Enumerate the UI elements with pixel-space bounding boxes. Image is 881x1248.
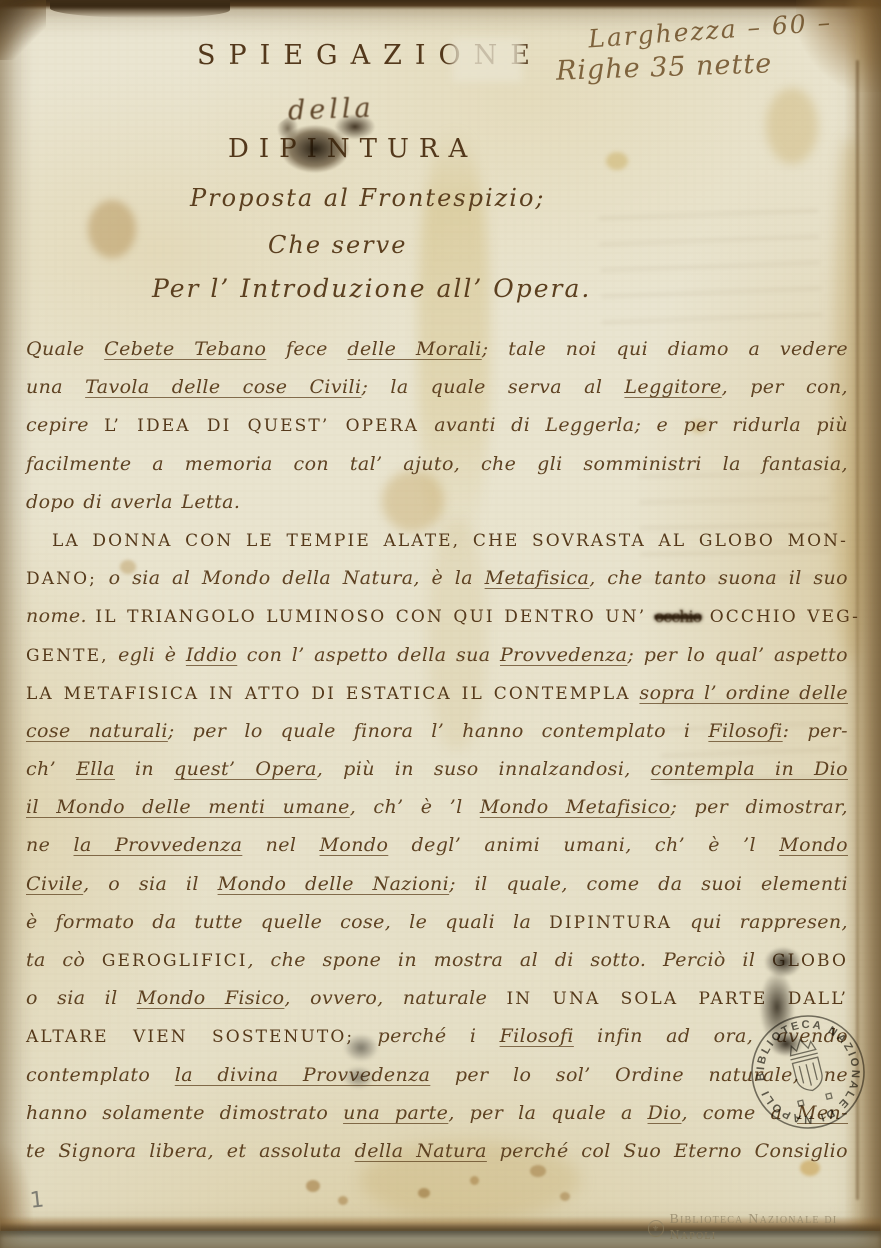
manuscript-line: LA DONNA CON LE TEMPIE ALATE, CHE SOVRAS… [26, 521, 848, 559]
text-segment: OCCHIO VEG- [710, 607, 860, 627]
text-segment: , che spone in mostra al di sotto. Perci… [248, 949, 772, 971]
manuscript-line: una Tavola delle cose Civili; la quale s… [26, 368, 848, 406]
foxing-speck [606, 152, 628, 170]
underlined-phrase: Iddio [186, 644, 237, 666]
text-segment: GLOBO [772, 951, 848, 971]
text-segment [701, 605, 709, 627]
manuscript-line: contemplato la divina Provvedenza per lo… [26, 1056, 848, 1094]
title-della: della [287, 92, 375, 126]
stain-top-right [766, 88, 818, 164]
text-segment: è formato da tutte quelle cose, le quali… [26, 911, 549, 933]
underlined-phrase: delle Morali [347, 338, 481, 360]
manuscript-line: cepire L’ IDEA DI QUEST’ OPERA avanti di… [26, 406, 848, 444]
manuscript-line: GENTE, egli è Iddio con l’ aspetto della… [26, 636, 848, 674]
text-segment: cepire [26, 414, 104, 436]
text-segment: contemplato [26, 1064, 175, 1086]
text-segment: IN UNA SOLA PARTE DALL’ [506, 989, 848, 1009]
text-segment: ; per lo quale finora l’ hanno contempla… [168, 720, 709, 742]
manuscript-line: cose naturali; per lo quale finora l’ ha… [26, 712, 848, 750]
underlined-phrase: Civile [26, 873, 83, 895]
underlined-phrase: Mondo delle Nazioni [218, 873, 450, 895]
text-segment: in [115, 758, 174, 780]
digitization-watermark: ⚜ Biblioteca Nazionale di Napoli [648, 1212, 881, 1244]
text-segment: nel [242, 834, 319, 856]
text-segment: , che tanto suona il suo [589, 567, 848, 589]
manuscript-line: o sia il Mondo Fisico, ovvero, naturale … [26, 979, 848, 1017]
top-edge-tear [50, 0, 230, 18]
text-segment: te Signora libera, et assoluta [26, 1140, 355, 1162]
text-segment: o sia al Mondo della Natura, è la [97, 567, 485, 589]
text-segment: , più in suso innalzandosi, [317, 758, 651, 780]
text-segment: LA METAFISICA IN ATTO DI ESTATICA IL CON… [26, 684, 631, 704]
foxing-speck [560, 1192, 570, 1201]
underlined-phrase: Mondo [779, 834, 848, 856]
underlined-phrase: Mondo [320, 834, 389, 856]
text-segment: qui rappresen, [672, 911, 848, 933]
text-segment: fece [266, 338, 347, 360]
foxing-speck [418, 1188, 430, 1198]
text-segment: IL TRIANGOLO LUMINOSO CON QUI DENTRO UN’ [95, 607, 646, 627]
foxing-speck [338, 1196, 348, 1205]
text-segment: GENTE, [26, 646, 109, 666]
text-segment: perché col Suo Eterno Consiglio [487, 1140, 848, 1162]
underlined-phrase: la Provvedenza [74, 834, 243, 856]
text-segment: , per con, [722, 376, 848, 398]
underlined-phrase: Filosofi [500, 1025, 574, 1047]
manuscript-body: Quale Cebete Tebano fece delle Morali; t… [26, 330, 848, 1170]
title-spiegazione: SPIEGAZIONE [0, 40, 740, 71]
text-segment: ta cò [26, 949, 102, 971]
text-segment: GEROGLIFICI [102, 951, 248, 971]
underlined-phrase: Metafisica [485, 567, 590, 589]
subtitle-che-serve: Che serve [268, 231, 407, 259]
text-segment: ; tale noi qui diamo a vedere [482, 338, 848, 360]
library-logo-icon: ⚜ [648, 1220, 664, 1237]
watermark-text: Biblioteca Nazionale di Napoli [669, 1212, 881, 1244]
underlined-phrase: Leggitore [624, 376, 721, 398]
manuscript-line: ch’ Ella in quest’ Opera, più in suso in… [26, 750, 848, 788]
crossed-out-word: occhio [655, 607, 702, 626]
stamp-crest [784, 1036, 832, 1106]
manuscript-line: ne la Provvedenza nel Mondo degl’ animi … [26, 826, 848, 864]
text-segment: degl’ animi umani, ch’ è ’l [388, 834, 779, 856]
text-segment: ; per dimostrar, [670, 796, 848, 818]
title-dipintura: DIPINTURA [228, 134, 477, 164]
underlined-phrase: quest’ Opera [174, 758, 317, 780]
underlined-phrase: Ella [76, 758, 115, 780]
text-segment: DIPINTURA [549, 913, 672, 933]
manuscript-line: hanno solamente dimostrato una parte, pe… [26, 1094, 848, 1132]
manuscript-line: facilmente a memoria con tal’ ajuto, che… [26, 445, 848, 483]
manuscript-line: nome. IL TRIANGOLO LUMINOSO CON QUI DENT… [26, 597, 848, 635]
underlined-phrase: il Mondo delle menti umane [26, 796, 350, 818]
underlined-phrase: Cebete Tebano [104, 338, 266, 360]
text-segment: Quale [26, 338, 104, 360]
top-binding-edge [0, 0, 881, 10]
text-segment [646, 605, 654, 627]
underlined-phrase: della Natura [355, 1140, 487, 1162]
foxing-speck [306, 1180, 320, 1192]
manuscript-line: DANO; o sia al Mondo della Natura, è la … [26, 559, 848, 597]
page-number: 1 [29, 1187, 46, 1213]
manuscript-line: è formato da tutte quelle cose, le quali… [26, 903, 848, 941]
underlined-phrase: Tavola delle cose Civili [85, 376, 361, 398]
manuscript-line: te Signora libera, et assoluta della Nat… [26, 1132, 848, 1170]
foxing-speck [470, 1176, 479, 1185]
underlined-phrase: sopra l’ ordine delle [639, 682, 848, 704]
text-segment: ; il quale, come da suoi elementi [449, 873, 848, 895]
text-segment: ch’ [26, 758, 76, 780]
manuscript-line: LA METAFISICA IN ATTO DI ESTATICA IL CON… [26, 674, 848, 712]
text-segment: una [26, 376, 85, 398]
text-segment: , per la quale a [448, 1102, 647, 1124]
manuscript-line: Quale Cebete Tebano fece delle Morali; t… [26, 330, 848, 368]
text-segment: avanti di Leggerla; e per ridurla più [419, 414, 848, 436]
text-segment: , o sia il [83, 873, 217, 895]
stain-blob-left [88, 200, 136, 258]
manuscript-page-scan: Larghezza – 60 – Righe 35 nette SPIEGAZI… [0, 0, 881, 1248]
underlined-phrase: Dio [648, 1102, 682, 1124]
manuscript-line: ALTARE VIEN SOSTENUTO; perché i Filosofi… [26, 1017, 848, 1055]
text-segment: perché i [354, 1025, 499, 1047]
manuscript-line: il Mondo delle menti umane, ch’ è ’l Mon… [26, 788, 848, 826]
text-segment: ; la quale serva al [361, 376, 624, 398]
underlined-phrase: Mondo Fisico [137, 987, 285, 1009]
underlined-phrase: Mondo Metafisico [480, 796, 671, 818]
subtitle-proposta: Proposta al Frontespizio; [190, 184, 545, 212]
bleedthrough-ghost [598, 196, 822, 324]
underlined-phrase: la divina Provvedenza [175, 1064, 431, 1086]
text-segment: : per- [783, 720, 848, 742]
text-segment: L’ IDEA DI QUEST’ OPERA [104, 416, 419, 436]
text-segment: con l’ aspetto della sua [237, 644, 500, 666]
underlined-phrase: Filosofi [708, 720, 782, 742]
text-segment: egli è [109, 644, 186, 666]
manuscript-line: dopo di averla Letta. [26, 483, 848, 521]
underlined-phrase: cose naturali [26, 720, 168, 742]
text-segment: , ovvero, naturale [284, 987, 506, 1009]
underlined-phrase: Provvedenza [500, 644, 627, 666]
manuscript-line: Civile, o sia il Mondo delle Nazioni; il… [26, 865, 848, 903]
text-segment: ALTARE VIEN SOSTENUTO; [26, 1027, 354, 1047]
text-segment: dopo di averla Letta. [26, 491, 240, 513]
manuscript-line: ta cò GEROGLIFICI, che spone in mostra a… [26, 941, 848, 979]
text-segment: LA DONNA CON LE TEMPIE ALATE, CHE SOVRAS… [52, 531, 848, 551]
underlined-phrase: contempla in Dio [651, 758, 848, 780]
text-segment: facilmente a memoria con tal’ ajuto, che… [26, 453, 848, 475]
text-segment: nome. [26, 605, 95, 627]
subtitle-introduzione: Per l’ Introduzione all’ Opera. [152, 274, 591, 303]
text-segment: DANO; [26, 569, 97, 589]
text-segment: ; per lo qual’ aspetto [627, 644, 848, 666]
text-segment: o sia il [26, 987, 137, 1009]
text-segment: , ch’ è ’l [350, 796, 480, 818]
underlined-phrase: una parte [343, 1102, 448, 1124]
text-segment: hanno solamente dimostrato [26, 1102, 343, 1124]
text-segment: ne [26, 834, 74, 856]
